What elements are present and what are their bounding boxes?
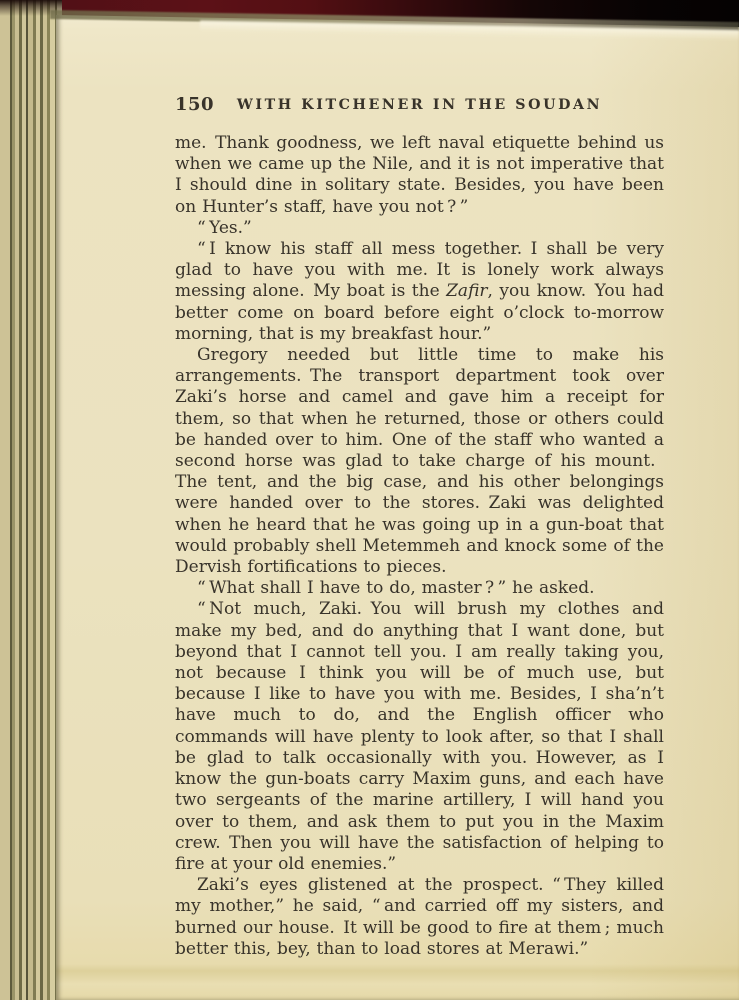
paragraph: Zaki’s eyes glistened at the prospect. “… <box>175 875 664 960</box>
body-text: me. Thank goodness, we left naval etique… <box>175 133 664 960</box>
running-head: 150 WITH KITCHENER IN THE SOUDAN <box>175 94 664 118</box>
paragraph: “ Yes.” <box>175 218 664 239</box>
text-segment: me. Thank goodness, we left naval etique… <box>175 133 664 217</box>
text-segment: “ Not much, Zaki. You will brush my clot… <box>175 599 664 873</box>
paragraph: “ What shall I have to do, master ? ” he… <box>175 578 664 599</box>
page-number: 150 <box>175 94 214 115</box>
paragraph: Gregory needed but little time to make h… <box>175 345 664 578</box>
running-title: WITH KITCHENER IN THE SOUDAN <box>175 94 664 113</box>
page-content: 150 WITH KITCHENER IN THE SOUDAN me. Tha… <box>175 94 664 960</box>
paragraph: “ I know his staff all mess together. I … <box>175 239 664 345</box>
text-segment: Zafir <box>446 281 487 301</box>
paragraph: “ Not much, Zaki. You will brush my clot… <box>175 599 664 875</box>
text-segment: “ What shall I have to do, master ? ” he… <box>197 578 595 598</box>
text-segment: Zaki’s eyes glistened at the prospect. “… <box>175 875 664 959</box>
scanned-book-photo: 150 WITH KITCHENER IN THE SOUDAN me. Tha… <box>0 0 739 1000</box>
text-segment: Gregory needed but little time to make h… <box>175 345 664 577</box>
text-segment: “ Yes.” <box>197 218 252 238</box>
paragraph: me. Thank goodness, we left naval etique… <box>175 133 664 218</box>
left-page-edges <box>0 0 62 1000</box>
